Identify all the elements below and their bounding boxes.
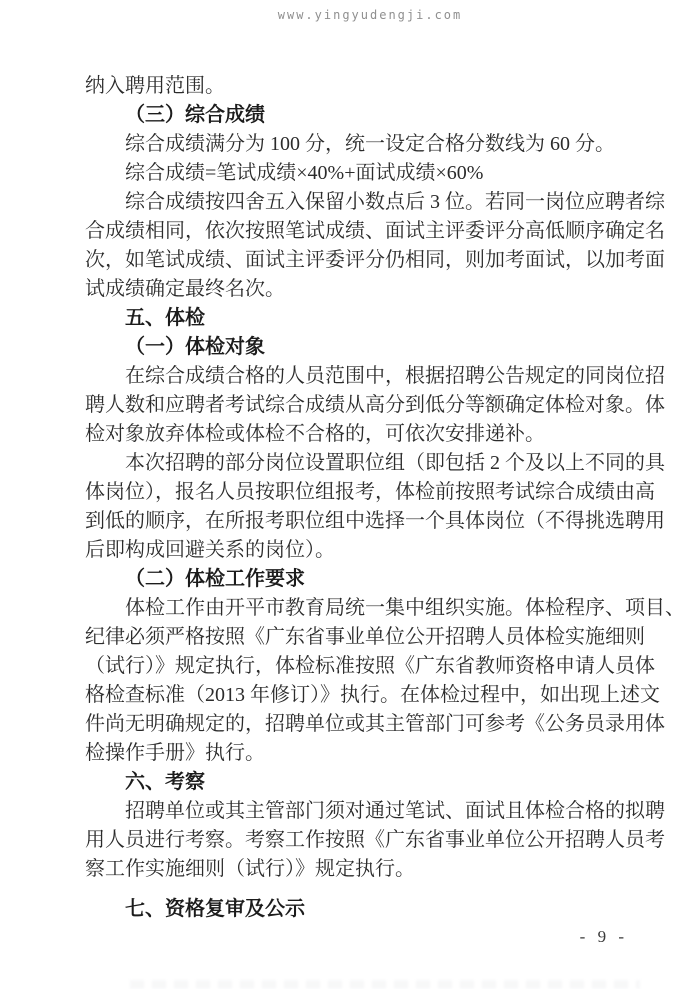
section-heading: （一）体检对象 xyxy=(85,333,630,362)
text-line: 纳入聘用范围。 xyxy=(85,72,630,101)
text-line: 格检查标准（2013 年修订）》执行。在体检过程中，如出现上述文 xyxy=(85,681,630,710)
text-line: 综合成绩满分为 100 分，统一设定合格分数线为 60 分。 xyxy=(85,130,630,159)
text-line: 纪律必须严格按照《广东省事业单位公开招聘人员体检实施细则 xyxy=(85,623,630,652)
text-line: 综合成绩=笔试成绩×40%+面试成绩×60% xyxy=(85,159,630,188)
text-line: 体检工作由开平市教育局统一集中组织实施。体检程序、项目、 xyxy=(85,594,630,623)
text-line: （试行）》规定执行，体检标准按照《广东省教师资格申请人员体 xyxy=(85,652,630,681)
page-number: - 9 - xyxy=(580,927,628,947)
text-line: 体岗位），报名人员按职位组报考，体检前按照考试综合成绩由高 xyxy=(85,478,630,507)
next-page-bleed-through xyxy=(130,980,640,989)
text-line: 招聘单位或其主管部门须对通过笔试、面试且体检合格的拟聘 xyxy=(85,797,630,826)
text-line: 综合成绩按四舍五入保留小数点后 3 位。若同一岗位应聘者综 xyxy=(85,188,630,217)
text-line: 检操作手册》执行。 xyxy=(85,739,630,768)
text-line: 后即构成回避关系的岗位）。 xyxy=(85,536,630,565)
text-line: 件尚无明确规定的，招聘单位或其主管部门可参考《公务员录用体 xyxy=(85,710,630,739)
section-heading: 五、体检 xyxy=(85,304,630,333)
text-line: 聘人数和应聘者考试综合成绩从高分到低分等额确定体检对象。体 xyxy=(85,391,630,420)
text-line: 察工作实施细则（试行）》规定执行。 xyxy=(85,855,630,884)
section-heading: 六、考察 xyxy=(85,768,630,797)
text-line: 检对象放弃体检或体检不合格的，可依次安排递补。 xyxy=(85,420,630,449)
text-line: 在综合成绩合格的人员范围中，根据招聘公告规定的同岗位招 xyxy=(85,362,630,391)
text-line: 到低的顺序，在所报考职位组中选择一个具体岗位（不得挑选聘用 xyxy=(85,507,630,536)
section-heading: （三）综合成绩 xyxy=(85,101,630,130)
document-lines: 纳入聘用范围。（三）综合成绩综合成绩满分为 100 分，统一设定合格分数线为 6… xyxy=(85,72,630,924)
text-line: 本次招聘的部分岗位设置职位组（即包括 2 个及以上不同的具 xyxy=(85,449,630,478)
text-line: 试成绩确定最终名次。 xyxy=(85,275,630,304)
watermark-text: www.yingyudengji.com xyxy=(0,8,700,22)
document-page: www.yingyudengji.com 纳入聘用范围。（三）综合成绩综合成绩满… xyxy=(0,0,700,989)
text-line: 次，如笔试成绩、面试主评委评分仍相同，则加考面试，以加考面 xyxy=(85,246,630,275)
text-line: 用人员进行考察。考察工作按照《广东省事业单位公开招聘人员考 xyxy=(85,826,630,855)
section-heading: （二）体检工作要求 xyxy=(85,565,630,594)
section-heading: 七、资格复审及公示 xyxy=(85,895,630,924)
text-line: 合成绩相同，依次按照笔试成绩、面试主评委评分高低顺序确定名 xyxy=(85,217,630,246)
